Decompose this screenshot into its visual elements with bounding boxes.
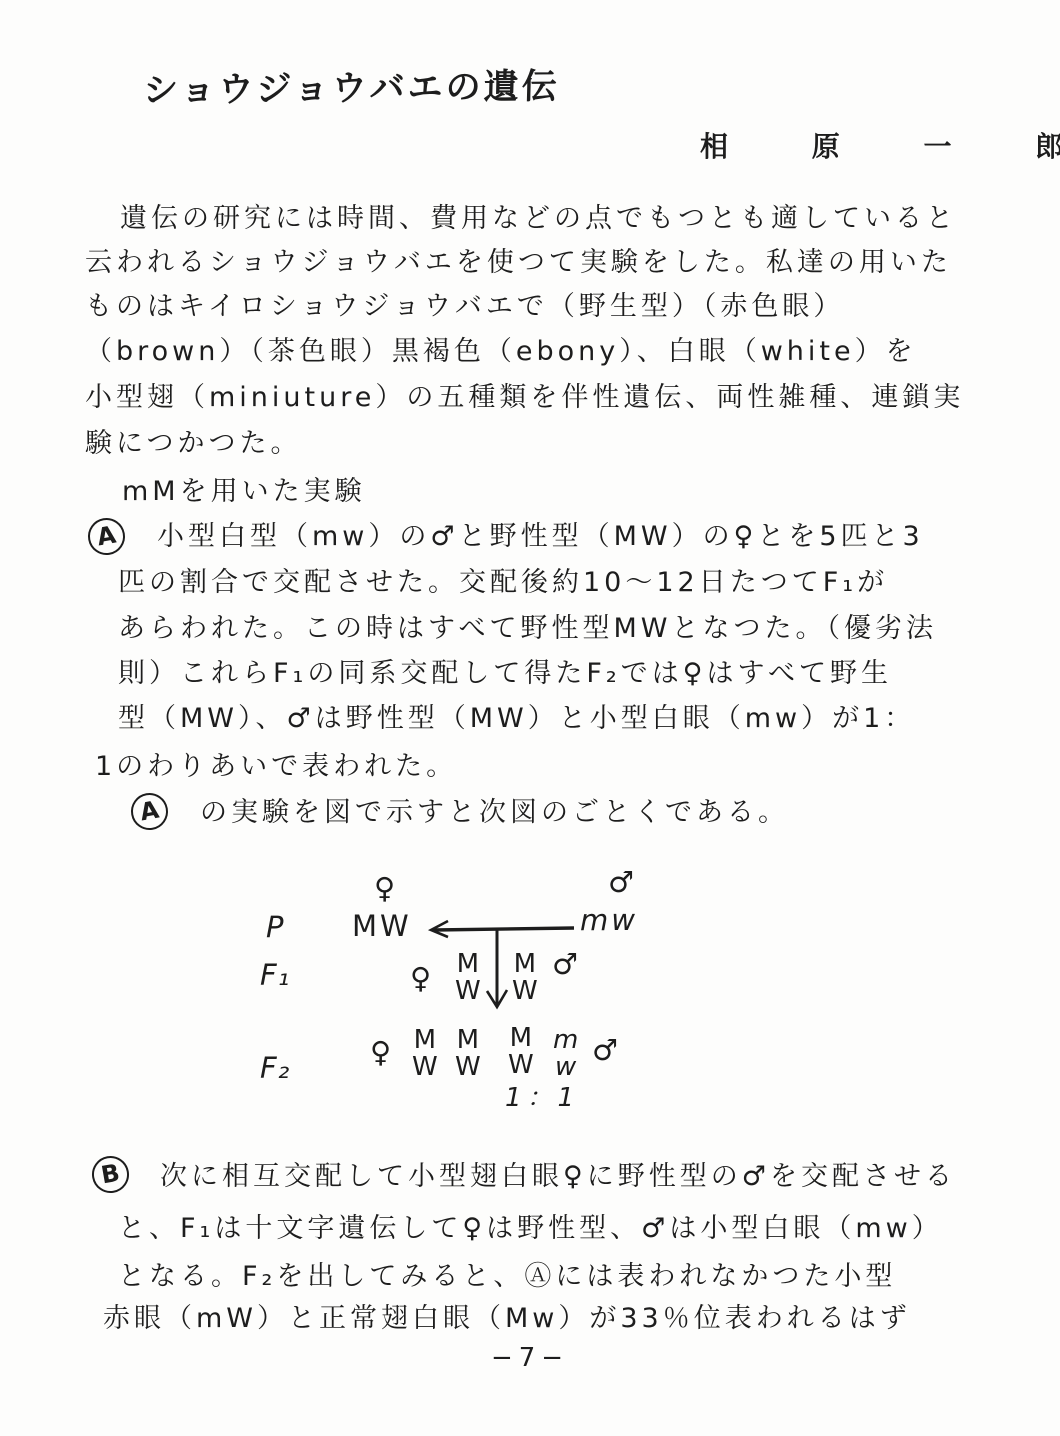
allele-bottom: W [508, 1052, 534, 1079]
section-a-line: 型（MW）、♂は野性型（MW）と小型白眼（mw）が1： [118, 703, 915, 735]
f2-generation-label: F₂ [260, 1051, 290, 1086]
f1-genotype-fraction: M W [512, 951, 538, 1005]
section-a-line: 小型白型（mw）の♂と野性型（MW）の♀とを5匹と3 [157, 521, 924, 553]
allele-top: M [414, 1027, 436, 1054]
scanned-document-page: ショウジョウバエの遺伝 相 原 一 郎 遺伝の研究には時間、費用などの点でもつと… [0, 0, 1060, 1436]
allele-top: m [553, 1027, 578, 1054]
section-b-marker: B [89, 1153, 132, 1196]
intro-line: ものはキイロショウジョウバエで（野生型）（赤色眼） [85, 291, 844, 323]
section-b-line: 次に相互交配して小型翅白眼♀に野性型の♂を交配させる [160, 1161, 956, 1193]
allele-bottom: W [412, 1054, 438, 1081]
parent-male-symbol: ♂ [608, 865, 638, 900]
f2-genotype-fraction: M W [412, 1027, 438, 1081]
allele-top: M [514, 951, 536, 978]
intro-line: 遺伝の研究には時間、費用などの点でもつとも適していると [120, 203, 957, 235]
document-title: ショウジョウバエの遺伝 [142, 66, 560, 112]
page-number: −7− [0, 1343, 1060, 1374]
f2-ratio: 1：1 [505, 1083, 579, 1114]
section-a-line: あらわれた。この時はすべて野性型MWとなつた。（優劣法 [118, 613, 937, 645]
f2-male-symbol: ♂ [592, 1033, 622, 1068]
allele-top: M [510, 1025, 532, 1052]
intro-line: 小型翅（miniuture）の五種類を伴性遺伝、両性雑種、連鎖実 [85, 382, 964, 414]
allele-top: M [457, 1027, 479, 1054]
intro-line: （brown）（茶色眼）黒褐色（ebony）、白眼（white）を [85, 336, 917, 368]
f1-male-symbol: ♂ [552, 947, 582, 982]
f2-female-symbol: ♀ [370, 1035, 395, 1070]
allele-bottom: W [455, 1054, 481, 1081]
allele-bottom: W [455, 978, 481, 1005]
pedigree-cross-diagram: ♀ ♂ P MW mw F₁ ♀ M W M W ♂ F₂ ♀ M W M W [0, 855, 1060, 1140]
section-b-line: と、F₁は十文字遺伝して♀は野性型、♂は小型白眼（mw） [118, 1213, 943, 1245]
figure-intro-text: の実験を図で示すと次図のごとくである。 [200, 797, 789, 829]
figure-intro-marker: A [128, 790, 171, 833]
f2-genotype-fraction: M W [455, 1027, 481, 1081]
experiment-heading: mMを用いた実験 [122, 476, 366, 508]
f2-genotype-fraction: M W [508, 1025, 534, 1079]
f1-genotype-fraction: M W [455, 951, 481, 1005]
section-a-line: 則）これらF₁の同系交配して得たF₂では♀はすべて野生 [118, 658, 892, 690]
f2-genotype-fraction: m w [553, 1027, 578, 1081]
section-a-marker: A [85, 515, 128, 558]
section-a-line: 1のわりあいで表われた。 [95, 751, 457, 783]
allele-bottom: W [512, 978, 538, 1005]
section-b-line: となる。F₂を出してみると、Ⓐには表われなかつた小型 [118, 1261, 896, 1293]
section-a-line: 匹の割合で交配させた。交配後約10〜12日たつてF₁が [118, 567, 888, 599]
section-b-line: 赤眼（mW）と正常翅白眼（Mw）が33％位表われるはず [103, 1303, 911, 1335]
p-generation-label: P [266, 910, 285, 945]
parent-female-symbol: ♀ [374, 871, 399, 906]
intro-line: 云われるショウジョウバエを使つて実験をした。私達の用いた [85, 247, 952, 279]
p-female-genotype: MW [352, 909, 412, 944]
f1-female-symbol: ♀ [410, 961, 435, 996]
allele-top: M [457, 951, 479, 978]
intro-line: 験につかつた。 [85, 428, 301, 460]
author-name: 相 原 一 郎 [700, 130, 1060, 164]
f1-generation-label: F₁ [260, 958, 290, 993]
allele-bottom: w [555, 1054, 576, 1081]
